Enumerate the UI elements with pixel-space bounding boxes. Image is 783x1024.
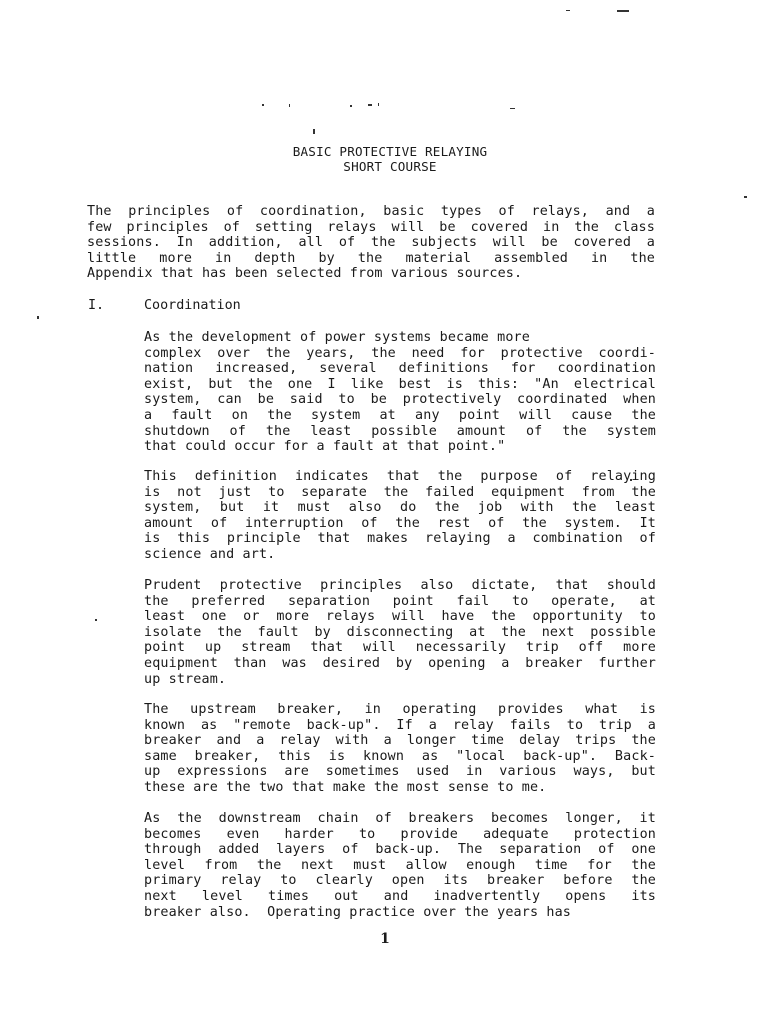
paragraph-downstream-chain: As the downstream chain of breakers beco… <box>144 811 656 920</box>
text-line: these are the two that make the most sen… <box>144 780 656 796</box>
text-line: is this principle that makes relaying a … <box>144 531 656 547</box>
text-line: known as "remote back-up". If a relay fa… <box>144 718 656 734</box>
text-line: that could occur for a fault at that poi… <box>144 439 656 455</box>
text-line: least one or more relays will have the o… <box>144 609 656 625</box>
text-line: becomes even harder to provide adequate … <box>144 827 656 843</box>
text-line: breaker also. Operating practice over th… <box>144 905 656 921</box>
text-line: amount of interruption of the rest of th… <box>144 516 656 532</box>
scan-artifact <box>313 129 315 134</box>
document-page: BASIC PROTECTIVE RELAYING SHORT COURSE T… <box>0 0 783 1024</box>
text-line: Appendix that has been selected from var… <box>87 266 655 282</box>
text-line: nation increased, several definitions fo… <box>144 361 656 377</box>
text-line: breaker and a relay with a longer time d… <box>144 733 656 749</box>
text-line: next level times out and inadvertently o… <box>144 889 656 905</box>
text-line: complex over the years, the need for pro… <box>144 346 656 362</box>
paragraph-prudent-principles: Prudent protective principles also dicta… <box>144 578 656 687</box>
text-line: Prudent protective principles also dicta… <box>144 578 656 594</box>
text-line: little more in depth by the material ass… <box>87 251 655 267</box>
text-line: equipment than was desired by opening a … <box>144 656 656 672</box>
text-line: sessions. In addition, all of the subjec… <box>87 235 655 251</box>
text-line: level from the next must allow enough ti… <box>144 858 656 874</box>
page-number: 1 <box>370 931 400 947</box>
text-line: up stream. <box>144 672 656 688</box>
paragraph-back-up: The upstream breaker, in operating provi… <box>144 702 656 796</box>
scan-artifact <box>262 104 264 106</box>
scan-artifact <box>37 316 39 319</box>
paragraph-definition-purpose: This definition indicates that the purpo… <box>144 469 656 563</box>
text-line: exist, but the one I like best is this: … <box>144 377 656 393</box>
text-line: point up stream that will necessarily tr… <box>144 640 656 656</box>
scan-artifact <box>510 108 515 109</box>
text-line: few principles of setting relays will be… <box>87 220 655 236</box>
text-line: same breaker, this is known as "local ba… <box>144 749 656 765</box>
text-line: shutdown of the least possible amount of… <box>144 424 656 440</box>
text-line: The principles of coordination, basic ty… <box>87 204 655 220</box>
scan-artifact <box>744 196 747 198</box>
text-line: primary relay to clearly open its breake… <box>144 873 656 889</box>
text-line: the preferred separation point fail to o… <box>144 594 656 610</box>
document-subtitle: SHORT COURSE <box>200 159 580 175</box>
scan-artifact <box>95 619 97 621</box>
scan-artifact <box>368 104 372 106</box>
text-line: As the downstream chain of breakers beco… <box>144 811 656 827</box>
text-line: system, but it must also do the job with… <box>144 500 656 516</box>
scan-artifact <box>350 105 352 107</box>
text-line: system, can be said to be protectively c… <box>144 392 656 408</box>
scan-artifact <box>566 10 570 11</box>
text-line: is not just to separate the failed equip… <box>144 485 656 501</box>
paragraph-coordination-definition: As the development of power systems beca… <box>144 330 656 455</box>
text-line: isolate the fault by disconnecting at th… <box>144 625 656 641</box>
text-line: up expressions are sometimes used in var… <box>144 764 656 780</box>
document-title: BASIC PROTECTIVE RELAYING <box>200 144 580 160</box>
section-number: I. <box>88 298 104 313</box>
scan-artifact <box>378 103 379 106</box>
text-line: As the development of power systems beca… <box>144 330 656 346</box>
text-line: science and art. <box>144 547 656 563</box>
section-heading: Coordination <box>144 298 241 313</box>
text-line: a fault on the system at any point will … <box>144 408 656 424</box>
scan-artifact <box>289 104 290 107</box>
text-line: through added layers of back-up. The sep… <box>144 842 656 858</box>
intro-paragraph: The principles of coordination, basic ty… <box>87 204 655 282</box>
text-line: This definition indicates that the purpo… <box>144 469 656 485</box>
text-line: The upstream breaker, in operating provi… <box>144 702 656 718</box>
scan-artifact <box>617 10 629 12</box>
